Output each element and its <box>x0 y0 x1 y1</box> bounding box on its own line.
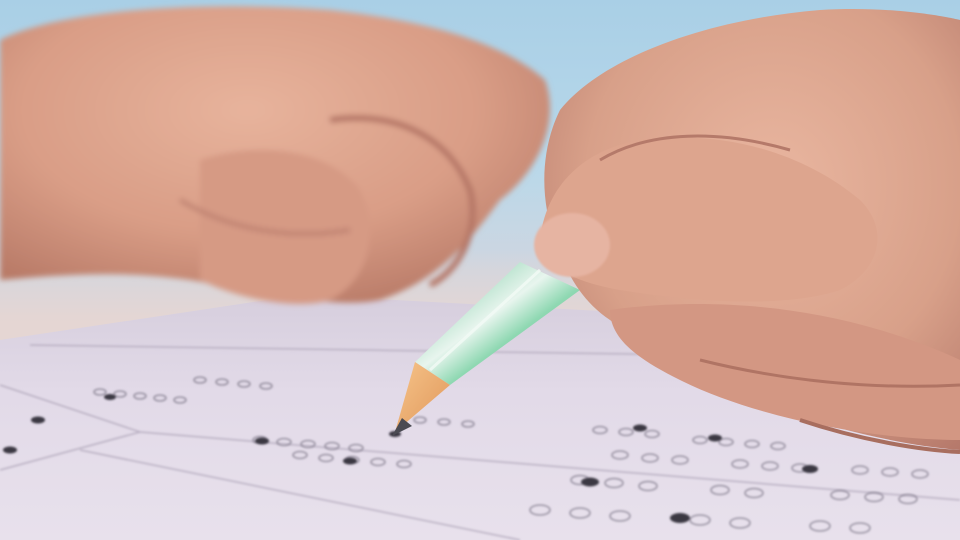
photo-scene <box>0 0 960 540</box>
scene-illustration <box>0 0 960 540</box>
left-hand <box>0 6 550 304</box>
